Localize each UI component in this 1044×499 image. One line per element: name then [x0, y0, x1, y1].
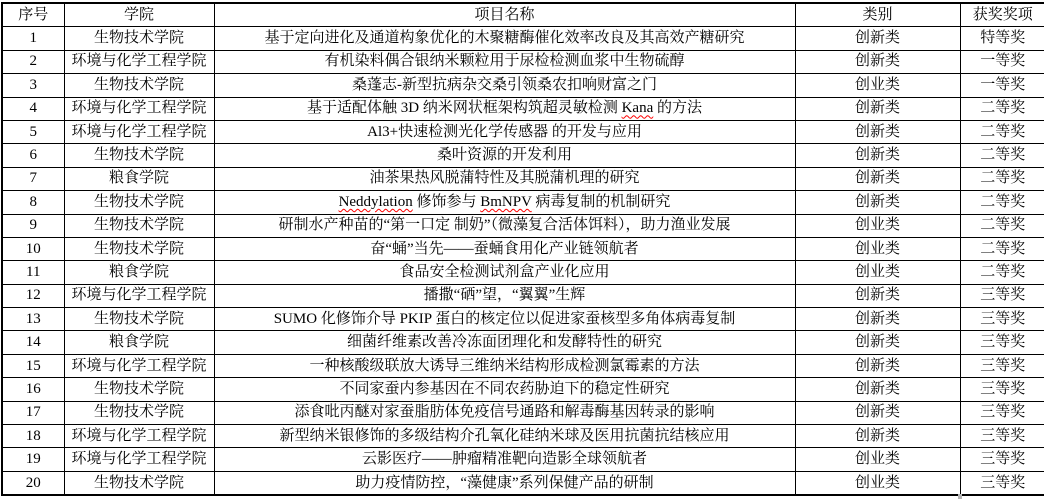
cell-award[interactable]: 三等奖 — [960, 308, 1044, 331]
cell-project[interactable]: 助力疫情防控，“藻健康”系列保健产品的研制 — [214, 471, 795, 495]
cell-project[interactable]: 奋“蛹”当先——蚕蛹食用化产业链领航者 — [214, 237, 795, 260]
misspelled-word: BmNPV — [480, 194, 531, 210]
cell-category[interactable]: 创新类 — [795, 378, 960, 401]
cell-index[interactable]: 3 — [2, 74, 64, 97]
cell-project[interactable]: 添食吡丙醚对家蚕脂肪体免疫信号通路和解毒酶基因转录的影响 — [214, 401, 795, 424]
cell-index[interactable]: 5 — [2, 120, 64, 143]
cell-award[interactable]: 二等奖 — [960, 120, 1044, 143]
table-body: 1生物技术学院基于定向进化及通道构象优化的木聚糖酶催化效率改良及其高效产糖研究创… — [2, 27, 1044, 495]
cell-category[interactable]: 创业类 — [795, 261, 960, 284]
cell-index[interactable]: 19 — [2, 448, 64, 471]
cell-index[interactable]: 10 — [2, 237, 64, 260]
cell-index[interactable]: 8 — [2, 191, 64, 214]
cell-college[interactable]: 生物技术学院 — [64, 378, 214, 401]
table-row: 7粮食学院油茶果热风脱蒲特性及其脱蒲机理的研究创新类二等奖 — [2, 167, 1044, 190]
cell-project[interactable]: 不同家蚕内参基因在不同农药胁迫下的稳定性研究 — [214, 378, 795, 401]
cell-index[interactable]: 1 — [2, 27, 64, 50]
cell-project[interactable]: 食品安全检测试剂盒产业化应用 — [214, 261, 795, 284]
cell-category[interactable]: 创新类 — [795, 425, 960, 448]
cell-college[interactable]: 生物技术学院 — [64, 214, 214, 237]
column-header-category: 类别 — [795, 3, 960, 27]
awards-table: 序号 学院 项目名称 类别 获奖奖项 1生物技术学院基于定向进化及通道构象优化的… — [1, 2, 1044, 496]
cell-college[interactable]: 环境与化学工程学院 — [64, 120, 214, 143]
cell-index[interactable]: 6 — [2, 144, 64, 167]
cell-category[interactable]: 创新类 — [795, 120, 960, 143]
header-row: 序号 学院 项目名称 类别 获奖奖项 — [2, 3, 1044, 27]
cell-project[interactable]: Al3+快速检测光化学传感器 的开发与应用 — [214, 120, 795, 143]
cell-college[interactable]: 生物技术学院 — [64, 74, 214, 97]
cell-category[interactable]: 创业类 — [795, 471, 960, 495]
cell-award[interactable]: 二等奖 — [960, 237, 1044, 260]
table-row: 17生物技术学院添食吡丙醚对家蚕脂肪体免疫信号通路和解毒酶基因转录的影响创新类三… — [2, 401, 1044, 424]
cell-college[interactable]: 环境与化学工程学院 — [64, 448, 214, 471]
cell-project[interactable]: 基于适配体触 3D 纳米网状框架构筑超灵敏检测 Kana 的方法 — [214, 97, 795, 120]
cell-college[interactable]: 生物技术学院 — [64, 191, 214, 214]
table-row: 6生物技术学院桑叶资源的开发利用创新类二等奖 — [2, 144, 1044, 167]
cell-category[interactable]: 创业类 — [795, 74, 960, 97]
cell-project[interactable]: 有机染料偶合银纳米颗粒用于尿检检测血浆中生物硫醇 — [214, 50, 795, 73]
cell-project[interactable]: 新型纳米银修饰的多级结构介孔氧化硅纳米球及医用抗菌抗结核应用 — [214, 425, 795, 448]
cell-award[interactable]: 二等奖 — [960, 144, 1044, 167]
cell-category[interactable]: 创新类 — [795, 401, 960, 424]
cell-index[interactable]: 16 — [2, 378, 64, 401]
cell-project[interactable]: 播撒“硒”望，“翼翼”生辉 — [214, 284, 795, 307]
cell-category[interactable]: 创新类 — [795, 27, 960, 50]
cell-category[interactable]: 创业类 — [795, 237, 960, 260]
cell-college[interactable]: 生物技术学院 — [64, 401, 214, 424]
table-row: 18环境与化学工程学院新型纳米银修饰的多级结构介孔氧化硅纳米球及医用抗菌抗结核应… — [2, 425, 1044, 448]
cell-index[interactable]: 7 — [2, 167, 64, 190]
cell-award[interactable]: 一等奖 — [960, 74, 1044, 97]
cell-project[interactable]: 基于定向进化及通道构象优化的木聚糖酶催化效率改良及其高效产糖研究 — [214, 27, 795, 50]
cell-project[interactable]: 一种核酸级联放大诱导三维纳米结构形成检测氯霉素的方法 — [214, 354, 795, 377]
column-header-index: 序号 — [2, 3, 64, 27]
cell-college[interactable]: 生物技术学院 — [64, 471, 214, 495]
cell-index[interactable]: 18 — [2, 425, 64, 448]
cell-college[interactable]: 生物技术学院 — [64, 237, 214, 260]
cell-category[interactable]: 创新类 — [795, 191, 960, 214]
cell-college[interactable]: 环境与化学工程学院 — [64, 50, 214, 73]
column-header-project: 项目名称 — [214, 3, 795, 27]
cell-index[interactable]: 2 — [2, 50, 64, 73]
cell-project[interactable]: 云影医疗——肿瘤精准靶向造影全球领航者 — [214, 448, 795, 471]
table-row: 14粮食学院细菌纤维素改善冷冻面团理化和发酵特性的研究创新类三等奖 — [2, 331, 1044, 354]
cell-category[interactable]: 创新类 — [795, 167, 960, 190]
table-row: 20生物技术学院助力疫情防控，“藻健康”系列保健产品的研制创业类三等奖 — [2, 471, 1044, 495]
cell-index[interactable]: 11 — [2, 261, 64, 284]
cell-college[interactable]: 生物技术学院 — [64, 308, 214, 331]
table-handle-artifact — [958, 494, 962, 499]
cell-category[interactable]: 创新类 — [795, 97, 960, 120]
cell-award[interactable]: 二等奖 — [960, 97, 1044, 120]
cell-award[interactable]: 二等奖 — [960, 261, 1044, 284]
cell-college[interactable]: 环境与化学工程学院 — [64, 284, 214, 307]
cell-project[interactable]: 细菌纤维素改善冷冻面团理化和发酵特性的研究 — [214, 331, 795, 354]
table-row: 10生物技术学院奋“蛹”当先——蚕蛹食用化产业链领航者创业类二等奖 — [2, 237, 1044, 260]
table-row: 1生物技术学院基于定向进化及通道构象优化的木聚糖酶催化效率改良及其高效产糖研究创… — [2, 27, 1044, 50]
misspelled-word: Kana — [622, 100, 654, 116]
cell-index[interactable]: 20 — [2, 471, 64, 495]
cell-award[interactable]: 特等奖 — [960, 27, 1044, 50]
table-row: 12环境与化学工程学院播撒“硒”望，“翼翼”生辉创新类三等奖 — [2, 284, 1044, 307]
cell-college[interactable]: 环境与化学工程学院 — [64, 97, 214, 120]
table-row: 3生物技术学院桑蓬志-新型抗病杂交桑引领桑农扣响财富之门创业类一等奖 — [2, 74, 1044, 97]
cell-index[interactable]: 9 — [2, 214, 64, 237]
cell-college[interactable]: 粮食学院 — [64, 331, 214, 354]
cell-category[interactable]: 创业类 — [795, 448, 960, 471]
cell-index[interactable]: 12 — [2, 284, 64, 307]
misspelled-word: Neddylation — [339, 194, 413, 210]
cell-index[interactable]: 17 — [2, 401, 64, 424]
table-row: 11粮食学院食品安全检测试剂盒产业化应用创业类二等奖 — [2, 261, 1044, 284]
table-row: 4环境与化学工程学院基于适配体触 3D 纳米网状框架构筑超灵敏检测 Kana 的… — [2, 97, 1044, 120]
cell-project[interactable]: 研制水产种苗的“第一口定 制奶”（微藻复合活体饵料），助力渔业发展 — [214, 214, 795, 237]
cell-college[interactable]: 粮食学院 — [64, 167, 214, 190]
cell-category[interactable]: 创新类 — [795, 331, 960, 354]
cell-award[interactable]: 三等奖 — [960, 331, 1044, 354]
cell-award[interactable]: 三等奖 — [960, 401, 1044, 424]
cell-category[interactable]: 创新类 — [795, 354, 960, 377]
cell-category[interactable]: 创新类 — [795, 144, 960, 167]
cell-award[interactable]: 一等奖 — [960, 50, 1044, 73]
cell-college[interactable]: 粮食学院 — [64, 261, 214, 284]
cell-index[interactable]: 13 — [2, 308, 64, 331]
cell-award[interactable]: 二等奖 — [960, 191, 1044, 214]
column-header-award: 获奖奖项 — [960, 3, 1044, 27]
cell-index[interactable]: 15 — [2, 354, 64, 377]
cell-award[interactable]: 三等奖 — [960, 425, 1044, 448]
table-row: 15环境与化学工程学院一种核酸级联放大诱导三维纳米结构形成检测氯霉素的方法创新类… — [2, 354, 1044, 377]
table-row: 16生物技术学院不同家蚕内参基因在不同农药胁迫下的稳定性研究创新类三等奖 — [2, 378, 1044, 401]
column-header-college: 学院 — [64, 3, 214, 27]
cell-award[interactable]: 三等奖 — [960, 448, 1044, 471]
cell-category[interactable]: 创新类 — [795, 308, 960, 331]
cell-project[interactable]: 桑蓬志-新型抗病杂交桑引领桑农扣响财富之门 — [214, 74, 795, 97]
cell-project[interactable]: SUMO 化修饰介导 PKIP 蛋白的核定位以促进家蚕核型多角体病毒复制 — [214, 308, 795, 331]
cell-college[interactable]: 环境与化学工程学院 — [64, 425, 214, 448]
table-row: 13生物技术学院SUMO 化修饰介导 PKIP 蛋白的核定位以促进家蚕核型多角体… — [2, 308, 1044, 331]
cell-project[interactable]: 油茶果热风脱蒲特性及其脱蒲机理的研究 — [214, 167, 795, 190]
cell-category[interactable]: 创业类 — [795, 214, 960, 237]
cell-award[interactable]: 三等奖 — [960, 354, 1044, 377]
cell-index[interactable]: 14 — [2, 331, 64, 354]
cell-project[interactable]: 桑叶资源的开发利用 — [214, 144, 795, 167]
table-row: 8生物技术学院Neddylation 修饰参与 BmNPV 病毒复制的机制研究创… — [2, 191, 1044, 214]
cell-award[interactable]: 三等奖 — [960, 378, 1044, 401]
cell-college[interactable]: 生物技术学院 — [64, 27, 214, 50]
table-row: 5环境与化学工程学院Al3+快速检测光化学传感器 的开发与应用创新类二等奖 — [2, 120, 1044, 143]
cell-award[interactable]: 三等奖 — [960, 471, 1044, 495]
cell-project[interactable]: Neddylation 修饰参与 BmNPV 病毒复制的机制研究 — [214, 191, 795, 214]
cell-index[interactable]: 4 — [2, 97, 64, 120]
cell-award[interactable]: 二等奖 — [960, 214, 1044, 237]
cell-award[interactable]: 二等奖 — [960, 167, 1044, 190]
table-row: 19环境与化学工程学院云影医疗——肿瘤精准靶向造影全球领航者创业类三等奖 — [2, 448, 1044, 471]
table-row: 9生物技术学院研制水产种苗的“第一口定 制奶”（微藻复合活体饵料），助力渔业发展… — [2, 214, 1044, 237]
cell-award[interactable]: 三等奖 — [960, 284, 1044, 307]
cell-category[interactable]: 创新类 — [795, 284, 960, 307]
cell-college[interactable]: 生物技术学院 — [64, 144, 214, 167]
cell-category[interactable]: 创新类 — [795, 50, 960, 73]
cell-college[interactable]: 环境与化学工程学院 — [64, 354, 214, 377]
table-row: 2环境与化学工程学院有机染料偶合银纳米颗粒用于尿检检测血浆中生物硫醇创新类一等奖 — [2, 50, 1044, 73]
